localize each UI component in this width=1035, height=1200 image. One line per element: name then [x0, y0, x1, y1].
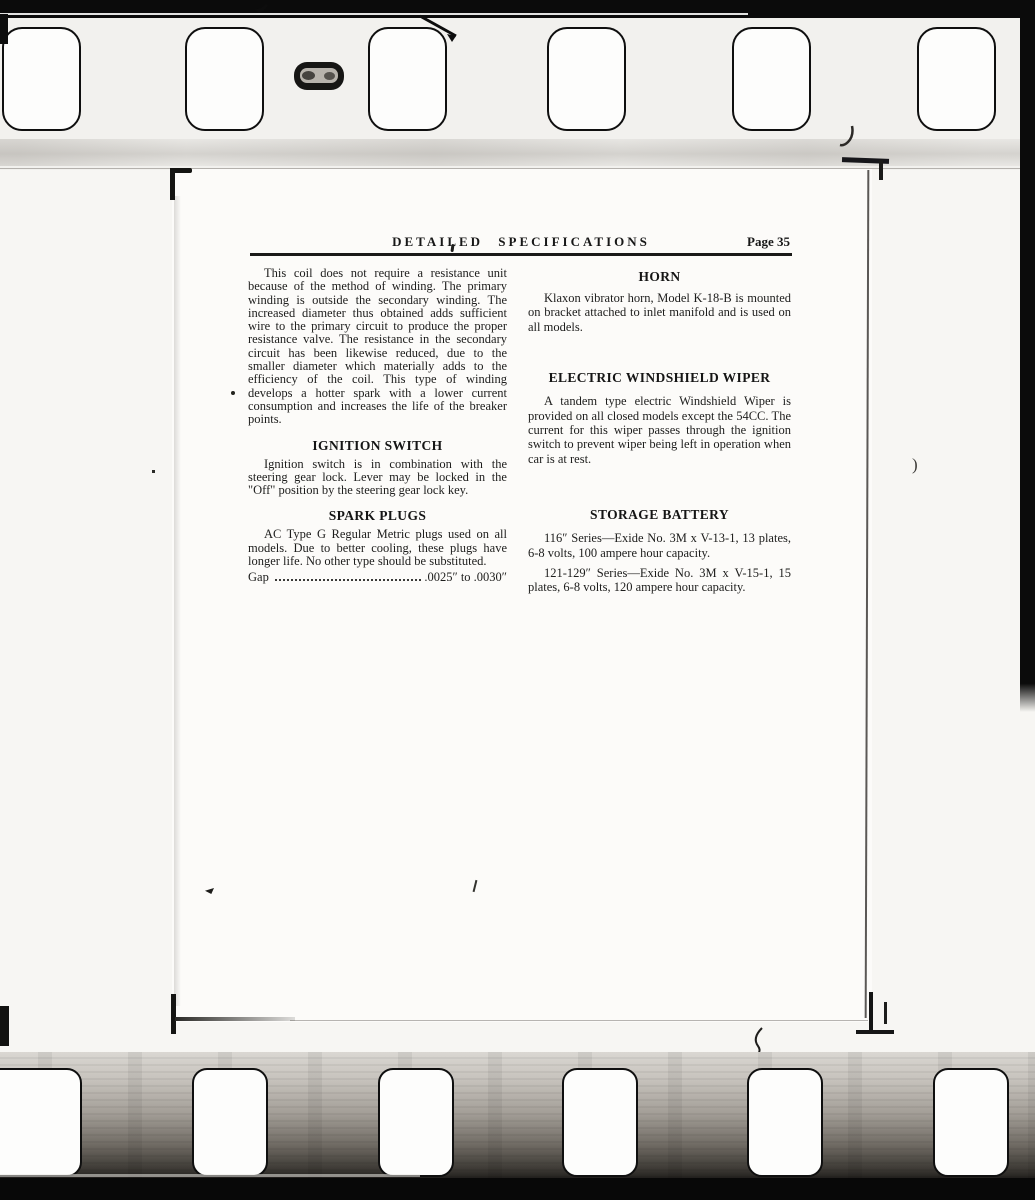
stray-bullet-dot — [231, 391, 235, 395]
section-heading-storage-battery: STORAGE BATTERY — [528, 507, 791, 522]
film-black-bar-top — [0, 0, 1035, 18]
gap-spec-row: Gap .0025″ to .0030″ — [248, 571, 507, 584]
film-left-notch — [0, 1006, 9, 1046]
film-splice-blob — [324, 72, 335, 80]
horn-paragraph: Klaxon vibrator horn, Model K-18-B is mo… — [528, 291, 791, 334]
film-left-notch — [0, 14, 8, 44]
section-heading-ignition-switch: IGNITION SWITCH — [248, 438, 507, 453]
film-black-bar-bottom — [0, 1178, 1035, 1200]
page-number: Page 35 — [700, 234, 790, 250]
gap-dotted-leader — [275, 579, 422, 581]
sprocket-hole — [547, 27, 626, 131]
page-edge-left — [174, 196, 181, 1006]
film-splice-pill — [294, 62, 344, 90]
corner-bracket-top-left — [170, 168, 192, 173]
coil-paragraph: This coil does not require a resistance … — [248, 267, 507, 427]
film-streak — [0, 1174, 420, 1177]
sprocket-hole — [747, 1068, 823, 1177]
column-left: This coil does not require a resistance … — [248, 267, 507, 585]
sprocket-hole — [192, 1068, 268, 1177]
section-heading-windshield-wiper: ELECTRIC WINDSHIELD WIPER — [528, 370, 791, 385]
sprocket-hole — [933, 1068, 1009, 1177]
stray-paren-mark: ) — [912, 455, 918, 475]
film-strip-top — [0, 0, 1035, 170]
ignition-switch-paragraph: Ignition switch is in combination with t… — [248, 458, 507, 498]
gap-value: .0025″ to .0030″ — [424, 571, 507, 584]
film-scratch-j — [838, 124, 858, 148]
spark-plugs-paragraph: AC Type G Regular Metric plugs used on a… — [248, 528, 507, 568]
film-strip-bottom — [0, 1052, 1035, 1180]
gap-label: Gap — [248, 571, 269, 584]
storage-battery-paragraph-2: 121-129″ Series—Exide No. 3M x V-15-1, 1… — [528, 566, 791, 595]
section-heading-spark-plugs: SPARK PLUGS — [248, 508, 507, 523]
film-scratch-line — [0, 13, 748, 15]
film-scratch-hook — [248, 2, 278, 32]
corner-bracket-bottom-right — [856, 1030, 894, 1034]
storage-battery-paragraph-1: 116″ Series—Exide No. 3M x V-13-1, 13 pl… — [528, 531, 791, 560]
sprocket-hole — [0, 1068, 82, 1177]
film-splice-blob — [302, 71, 315, 80]
film-right-edge — [1020, 0, 1035, 712]
page-bottom-frame-line — [290, 1020, 868, 1021]
corner-bracket-bottom-right-tick — [884, 1002, 887, 1024]
sprocket-hole — [732, 27, 811, 131]
corner-bracket-bottom-left — [171, 994, 176, 1034]
corner-bracket-bottom-right — [869, 992, 873, 1034]
sprocket-hole — [917, 27, 996, 131]
film-speck — [152, 470, 155, 473]
windshield-wiper-paragraph: A tandem type electric Windshield Wiper … — [528, 394, 791, 466]
section-heading-horn: HORN — [528, 269, 791, 284]
sprocket-hole — [562, 1068, 638, 1177]
sprocket-hole — [185, 27, 264, 131]
column-right: HORN Klaxon vibrator horn, Model K-18-B … — [528, 267, 791, 595]
corner-bracket-bottom-left — [175, 1017, 295, 1021]
sprocket-hole — [378, 1068, 454, 1177]
sprocket-hole — [2, 27, 81, 131]
film-splice-pill-inner — [300, 68, 338, 83]
film-scratch-arrow — [418, 12, 468, 44]
corner-bracket-top-right — [879, 160, 883, 180]
header-rule — [250, 253, 792, 256]
